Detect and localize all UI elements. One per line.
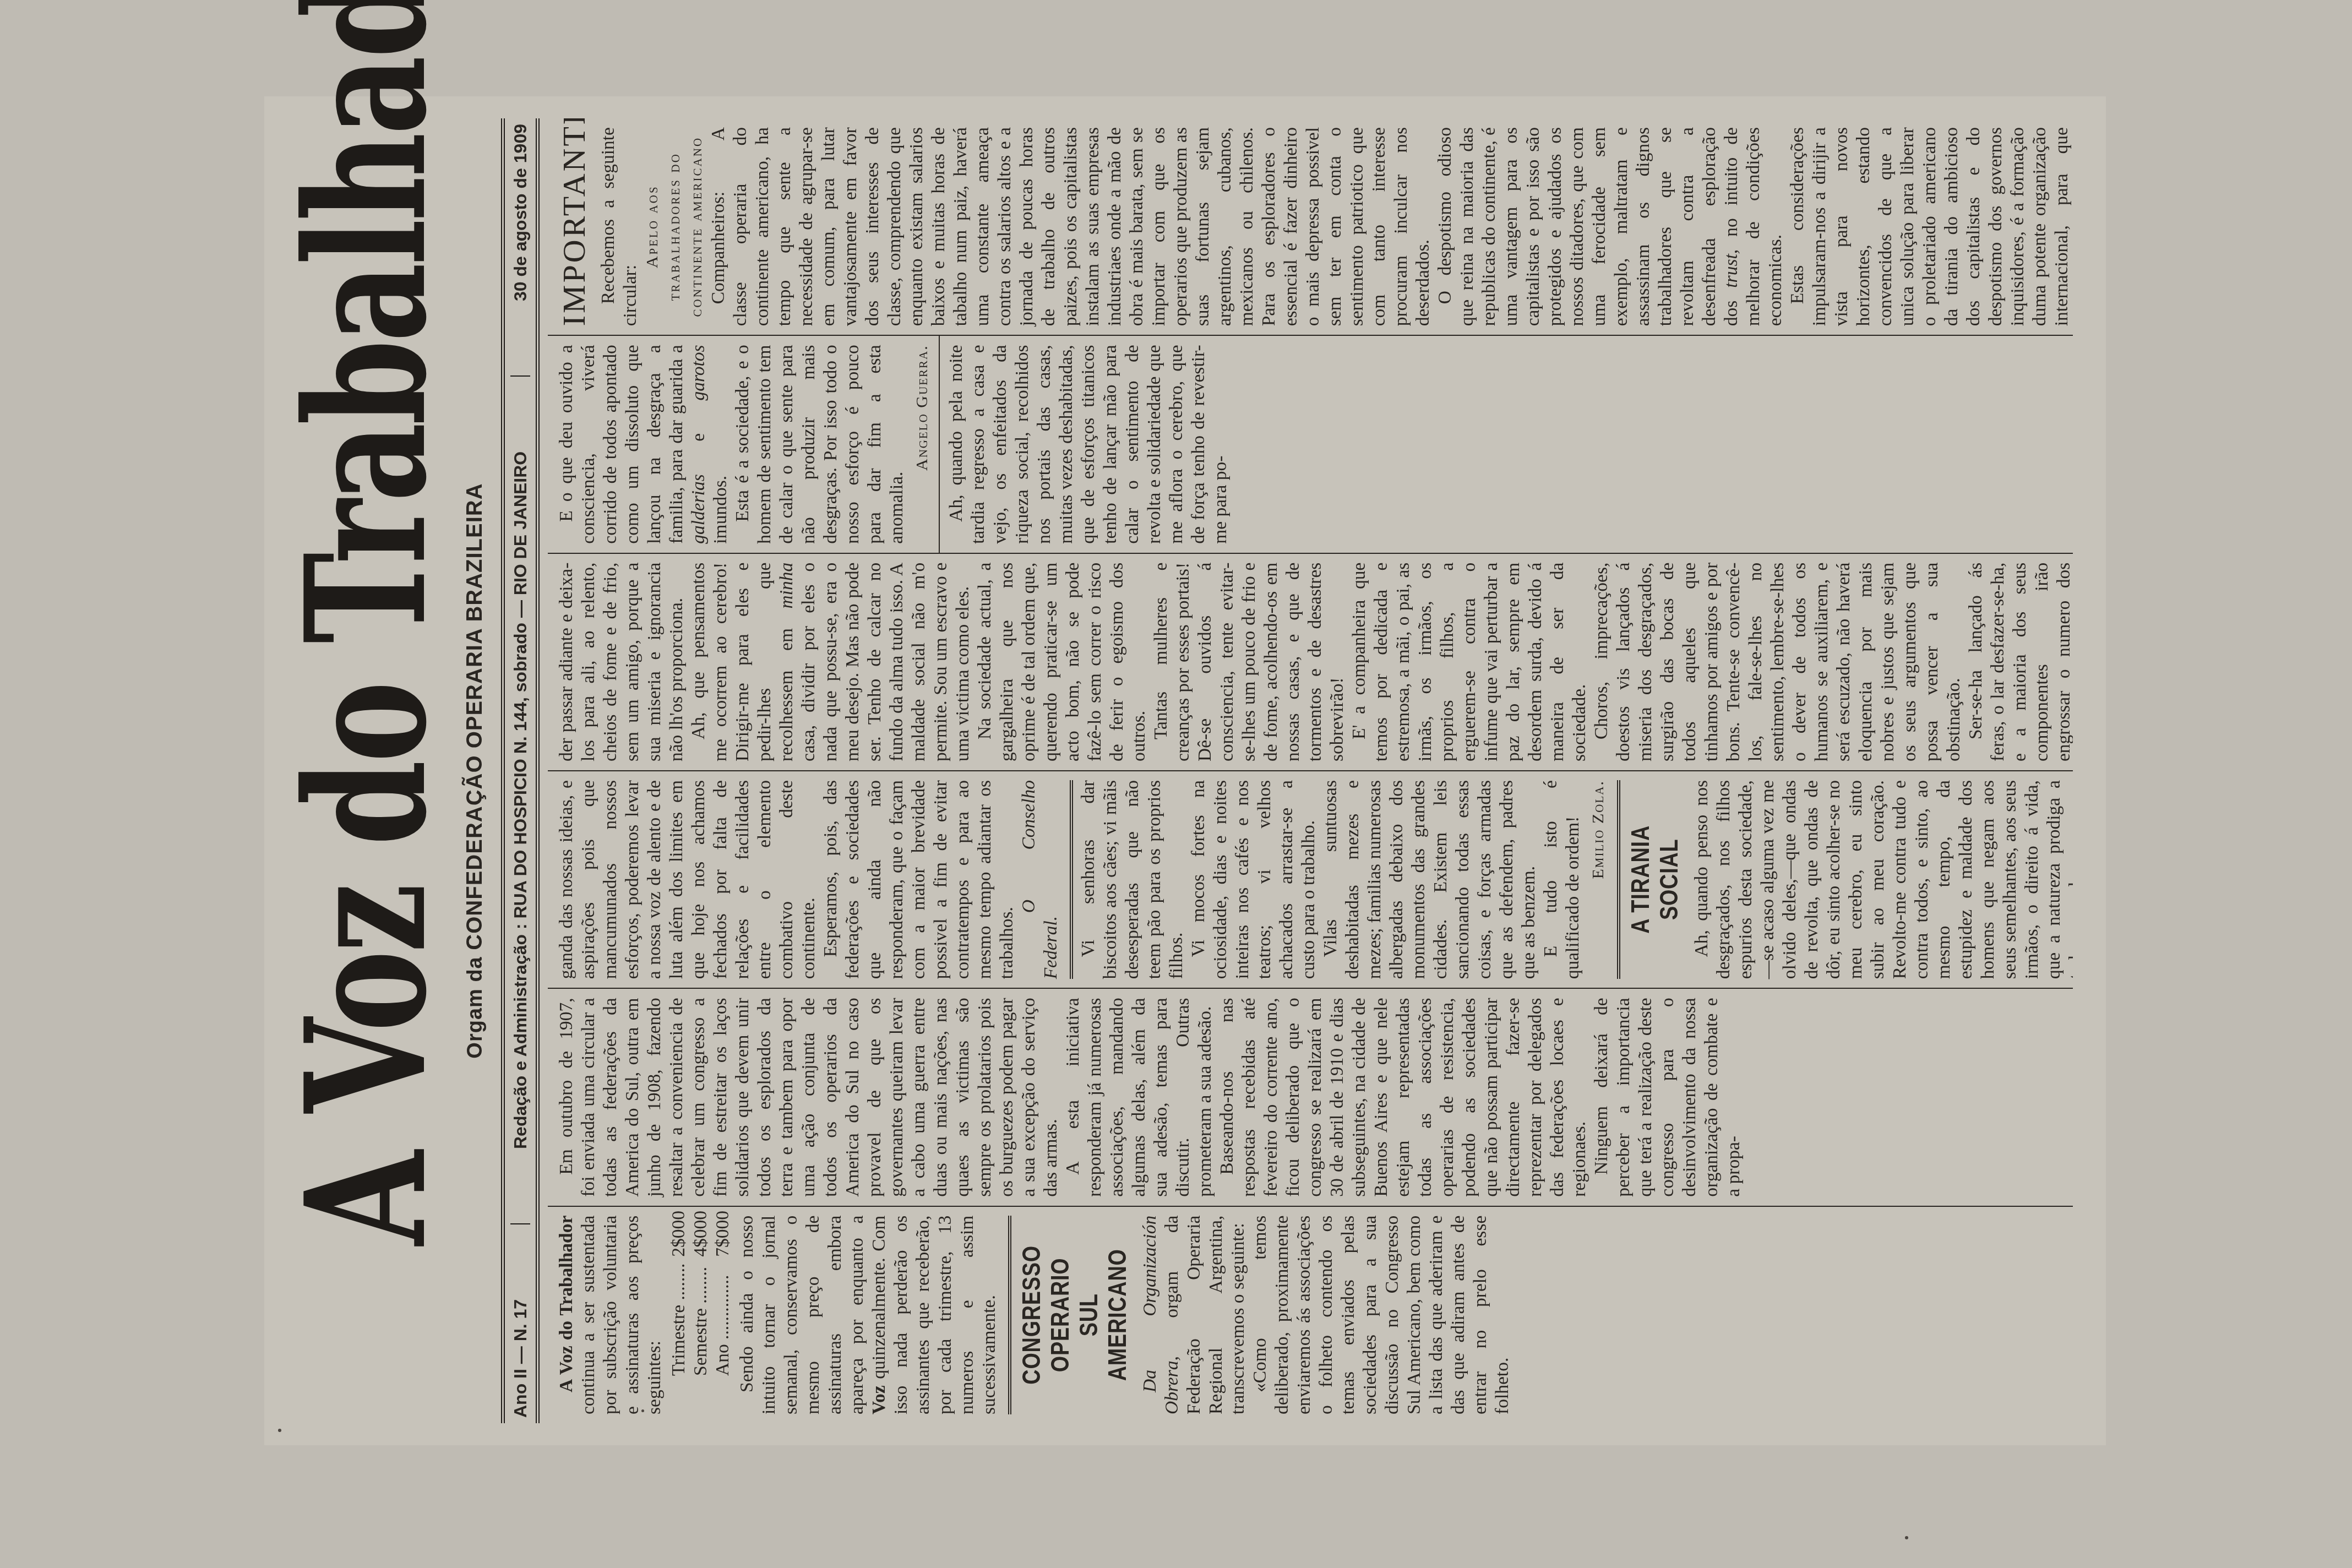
column-4: der passar adiante e deixa-los para ali,… [548,553,2073,770]
divider [939,336,940,552]
issue-number: Ano II — N. 17 [510,1299,531,1418]
price-value: 2$000 [668,1211,690,1257]
paragraph: E' a companheira que temos por dedicada … [1348,563,1591,761]
paragraph: Baseando-nos nas respostas recebidas até… [1216,998,1591,1196]
paragraph: Da Organización Obrera, orgam da Federaç… [1139,1216,1249,1414]
author-signature: Angelo Guerra. [911,345,933,543]
paragraph: Choros, imprecações, doestos vis lançado… [1591,563,1965,761]
article-columns: A Voz do Trabalhador continua a ser sust… [548,118,2073,1423]
paragraph: Ninguem deixará de perceber a importanci… [1591,998,1745,1196]
paragraph: Em outubro de 1907, foi enviada uma circ… [556,998,1062,1196]
price-row: Trimestre ........2$000 [668,1211,690,1376]
newspaper-page: A Voz do Trabalhador Orgam da CONFEDERAÇ… [264,96,2106,1445]
paper-name-inline: A Voz do Trabalhador [556,1216,576,1392]
paper-speck [278,1429,281,1432]
section-rule [1617,780,1620,979]
appeal-title: Apelo aos trabalhadores do continente am… [641,127,707,326]
paragraph: Sendo ainda o nosso intuito tornar o jor… [736,1216,1000,1414]
issue-info-bar: Ano II — N. 17 Redação e Administração :… [501,118,540,1423]
paragraph: Vi mocos fortes na ociosidade, dias e no… [1188,780,1320,979]
subscription-text: continua a ser sustentada por subscrição… [578,1216,665,1414]
price-row: Ano ..............7$000 [712,1211,734,1376]
paragraph: Ah, que pensamentos me ocorrem ao cerebr… [688,563,974,761]
column-6: IMPORTANTE Recebemos a seguinte circular… [548,118,2073,335]
paragraph: Na sociedade actual, a gargalheira que n… [974,563,1150,761]
paragraph: E o que deu ouvido a consciencia, viverá… [556,345,732,543]
separator [510,375,530,377]
subtitle-prefix: Orgam da [464,956,487,1058]
paragraph: Estas considerações impulsaram-nos a dir… [1787,127,2073,326]
paragraph: Vi senhoras dar biscoitos aos cães; vi m… [1077,780,1188,979]
address: Redação e Administração : RUA DO HOSPICI… [510,451,531,1149]
article-signature: O Conselho Federal. [1018,780,1062,979]
paragraph: Esta é a sociedade, e o homem de sentime… [732,345,908,543]
price-label: Ano .............. [712,1275,734,1376]
paragraph: Ser-se-ha lançado ás feras, o lar desfaz… [1965,563,2073,761]
paragraph: A esta iniciativa responderam já numeros… [1062,998,1216,1196]
subtitle-org: CONFEDERAÇÃO OPERARIA BRAZILEIRA [462,483,487,950]
paragraph: Ah, quando pela noite tardia regresso a … [945,345,1232,543]
paragraph: ganda das nossas ideias, e aspirações po… [556,780,820,979]
paragraph: Ah, quando penso nos desgraçados, nos fi… [1691,780,2073,979]
paper-speck [1905,1536,1908,1539]
section-rule [1008,1216,1011,1414]
separator [510,1223,530,1224]
column-2: Em outubro de 1907, foi enviada uma circ… [548,988,2073,1205]
price-value: 4$000 [690,1211,712,1257]
issue-date: 30 de agosto de 1909 [510,124,531,301]
paragraph: der passar adiante e deixa-los para ali,… [556,563,688,761]
paragraph: E tudo isto é qualificado de ordem! [1540,780,1584,979]
paragraph: Recebemos a seguinte circular: [597,127,641,326]
price-list: Trimestre ........2$000 Semestre .......… [668,1216,734,1376]
price-value: 7$000 [712,1211,734,1257]
paragraph: Vilas suntuosas deshabitadas mezes e mez… [1320,780,1540,979]
price-row: Semestre ........4$000 [690,1211,712,1376]
author-signature: Emilio Zola. [1587,780,1609,979]
section-rule [1070,780,1073,979]
paragraph: O despotismo odioso que reina na maioria… [1434,127,1787,326]
paragraph: Companheiros: A classe operaria do conti… [707,127,1434,326]
article-heading: CONGRESSO OPERARIO SUL AMERICANO [1017,1233,1131,1396]
column-3: ganda das nossas ideias, e aspirações po… [548,770,2073,988]
article-heading: IMPORTANTE [557,127,592,326]
masthead: A Voz do Trabalhador [286,129,446,1412]
paragraph: Esperamos, pois, das federações e socied… [820,780,1018,979]
article-heading: A TIRANIA SOCIAL [1626,798,1683,961]
paragraph: «Como temos deliberado, proximamente env… [1249,1216,1513,1414]
price-label: Trimestre ........ [668,1264,690,1376]
newspaper-title: A Voz do Trabalhador [286,296,446,1245]
column-5: E o que deu ouvido a consciencia, viverá… [548,335,2073,552]
subtitle: Orgam da CONFEDERAÇÃO OPERARIA BRAZILEIR… [462,96,487,1445]
paper-speck [641,1409,644,1412]
column-1: A Voz do Trabalhador continua a ser sust… [548,1206,2073,1423]
paragraph: Tantas mulheres e creanças por esses por… [1150,563,1348,761]
price-label: Semestre ........ [690,1267,712,1376]
